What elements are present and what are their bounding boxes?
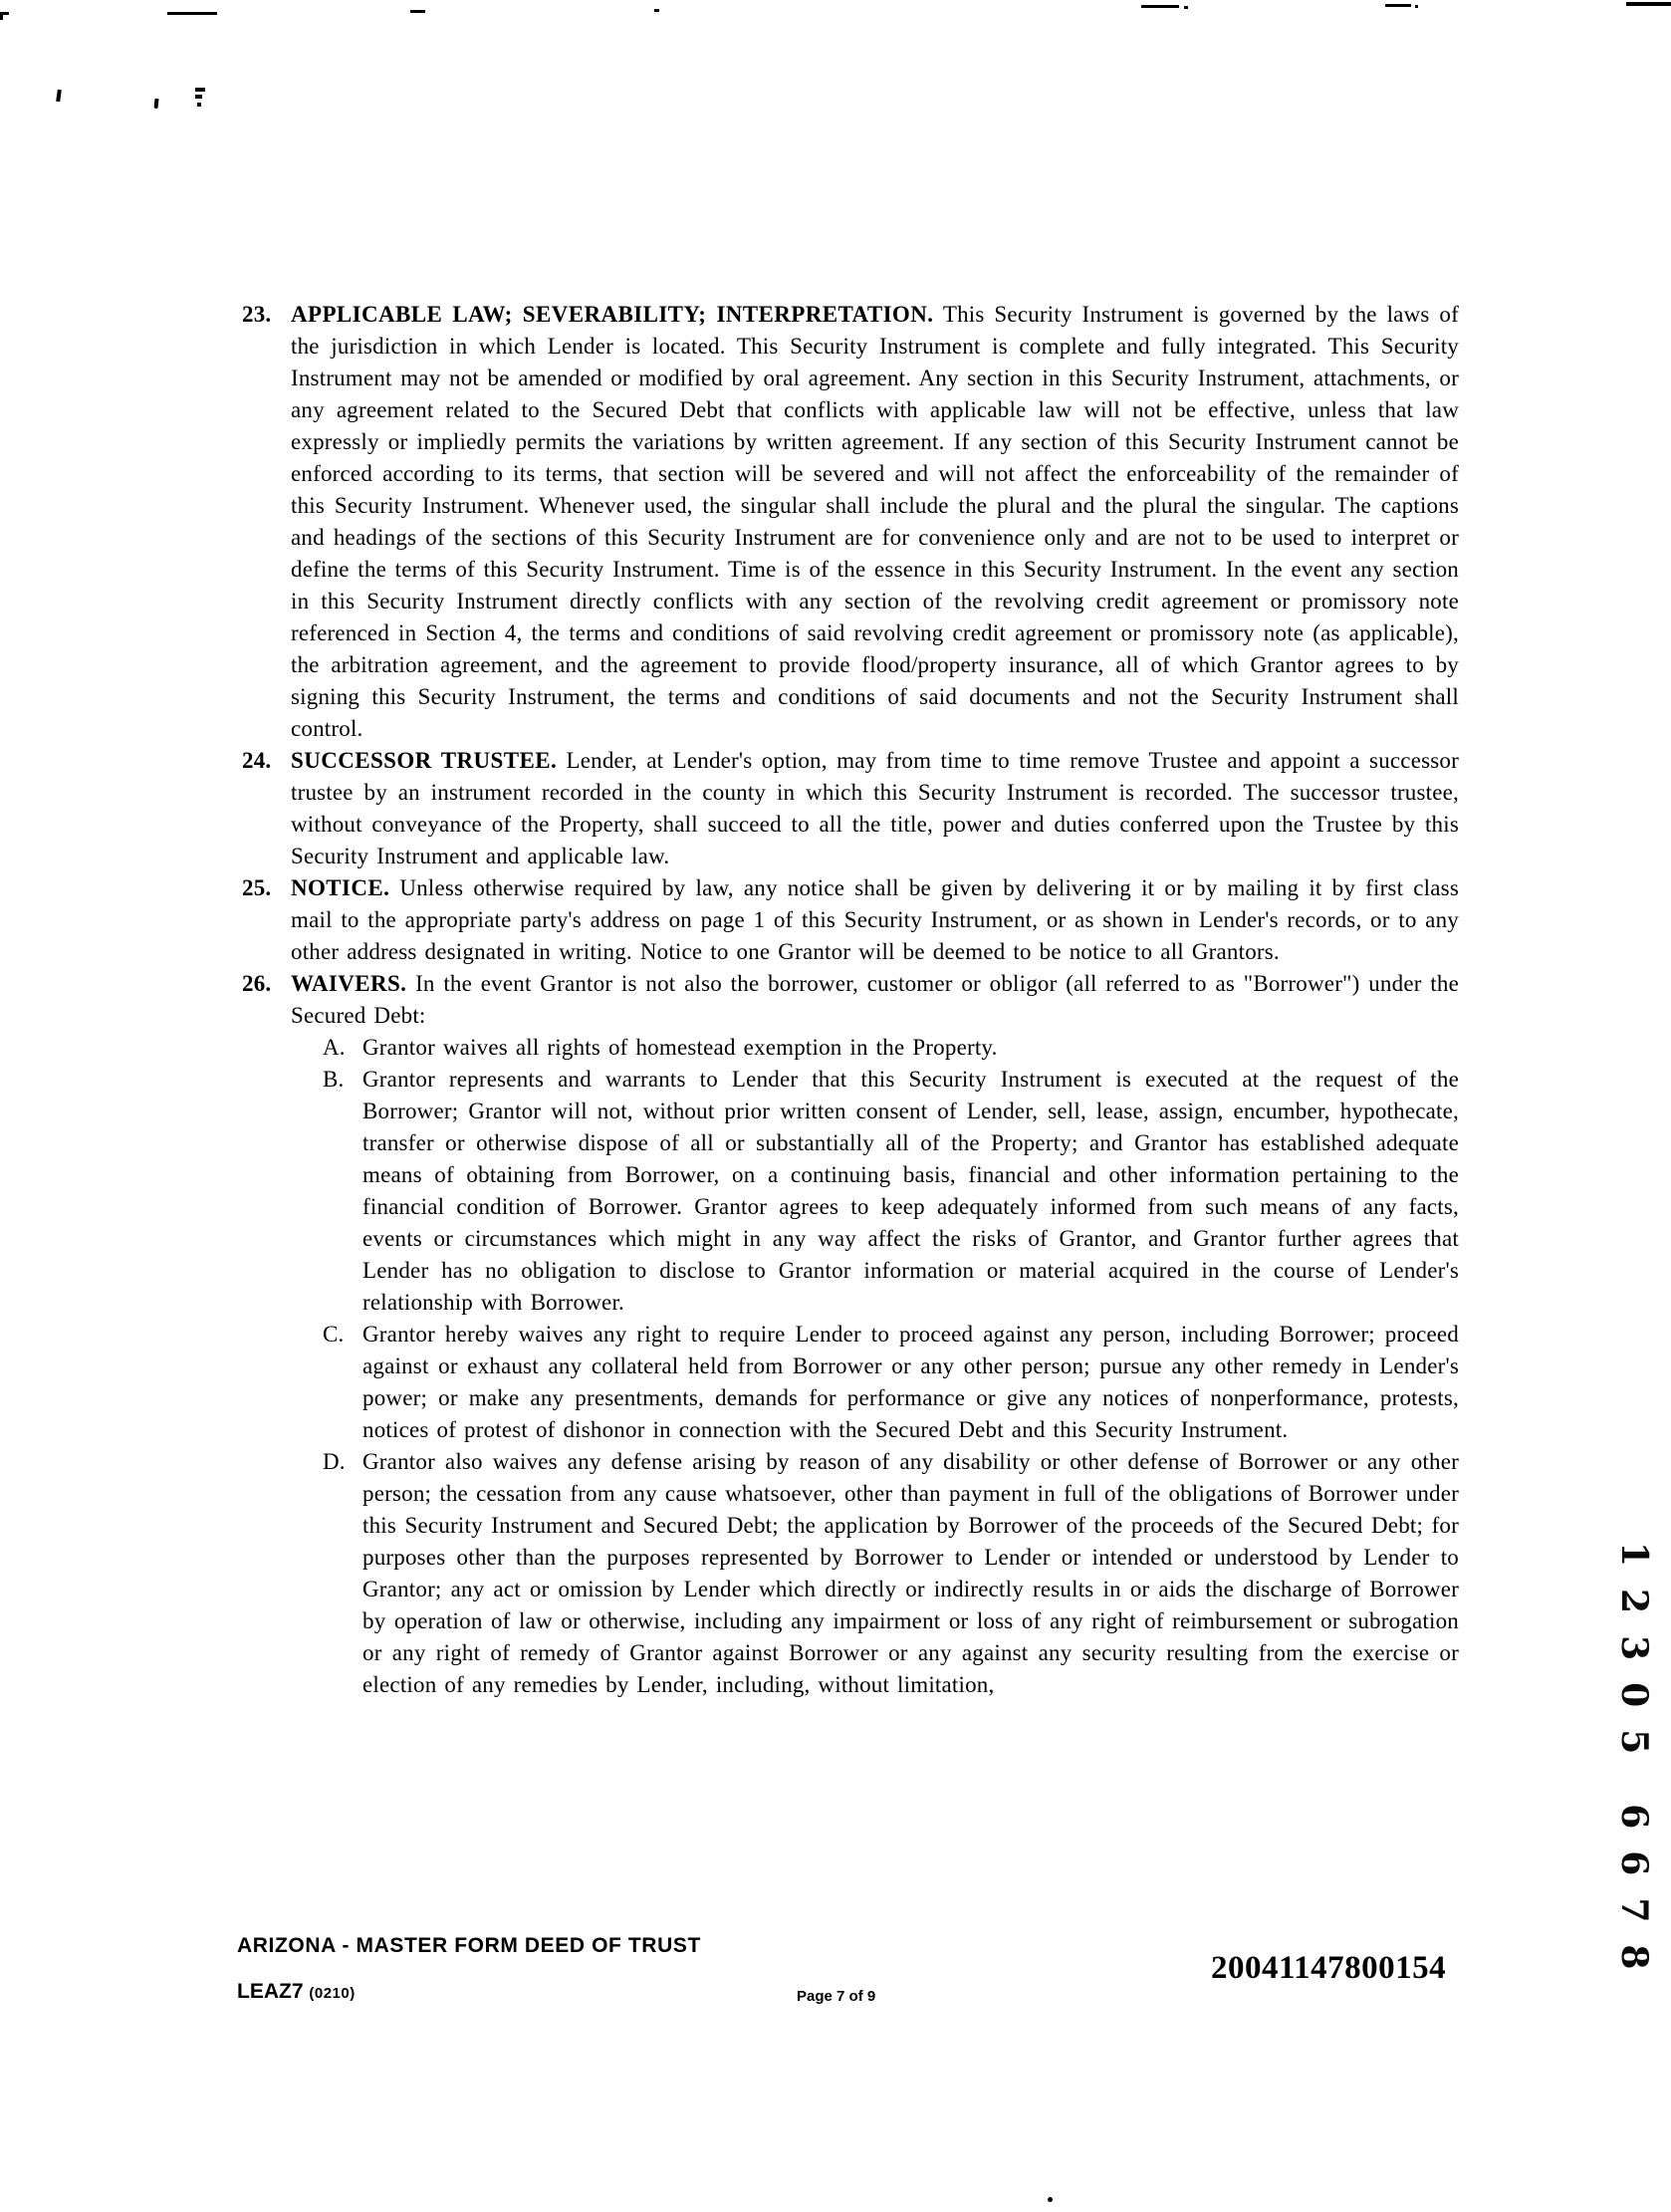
scan-artifact: [167, 12, 217, 15]
section-number: 26.: [242, 968, 291, 1000]
section-25-notice: 25.NOTICE. Unless otherwise required by …: [242, 872, 1459, 968]
subitem-letter: C.: [323, 1319, 362, 1351]
scan-artifact: [654, 9, 659, 12]
scan-artifact: [195, 95, 202, 99]
section-heading: NOTICE.: [291, 875, 389, 900]
section-body: In the event Grantor is not also the bor…: [291, 971, 1459, 1028]
subitem-text: Grantor also waives any defense arising …: [362, 1449, 1459, 1697]
scan-artifact: [1048, 2197, 1053, 2202]
scan-artifact: [1415, 5, 1418, 8]
scan-artifact: [1184, 6, 1188, 9]
scan-artifact: [0, 14, 3, 20]
section-number: 24.: [242, 745, 291, 777]
section-body: Unless otherwise required by law, any no…: [291, 875, 1459, 964]
scan-artifact: [1385, 4, 1411, 7]
subitem-letter: B.: [323, 1064, 362, 1096]
subitem-letter: A.: [323, 1032, 362, 1064]
scan-artifact: [410, 10, 425, 13]
section-26-waivers: 26.WAIVERS. In the event Grantor is not …: [242, 968, 1459, 1701]
scan-artifact: [195, 88, 205, 92]
scan-artifact: [56, 90, 62, 102]
subitem-text: Grantor represents and warrants to Lende…: [362, 1067, 1459, 1315]
section-heading: APPLICABLE LAW; SEVERABILITY; INTERPRETA…: [291, 302, 933, 327]
form-code-revision: (0210): [309, 1985, 355, 2002]
section-24-successor-trustee: 24.SUCCESSOR TRUSTEE. Lender, at Lender'…: [242, 745, 1459, 872]
subitem-d: D.Grantor also waives any defense arisin…: [323, 1446, 1459, 1701]
section-number: 23.: [242, 299, 291, 331]
subitem-text: Grantor waives all rights of homestead e…: [362, 1035, 998, 1060]
form-code-id: LEAZ7: [237, 1980, 304, 2003]
stamp-group-2: 6678: [1613, 1804, 1655, 1991]
scan-artifact: [197, 103, 201, 107]
deed-text-block: 23.APPLICABLE LAW; SEVERABILITY; INTERPR…: [242, 299, 1459, 1701]
subitem-b: B.Grantor represents and warrants to Len…: [323, 1064, 1459, 1319]
section-heading: SUCCESSOR TRUSTEE.: [291, 748, 557, 773]
subitem-c: C.Grantor hereby waives any right to req…: [323, 1319, 1459, 1446]
subitem-a: A.Grantor waives all rights of homestead…: [323, 1032, 1459, 1064]
scan-artifact: [153, 99, 158, 109]
deed-of-trust-page: 23.APPLICABLE LAW; SEVERABILITY; INTERPR…: [0, 0, 1671, 2212]
stamp-group-1: 12305: [1613, 1542, 1655, 1776]
section-number: 25.: [242, 872, 291, 904]
section-heading: WAIVERS.: [291, 971, 406, 996]
recording-number: 20041147800154: [1211, 1950, 1446, 1987]
subitem-letter: D.: [323, 1446, 362, 1478]
page-indicator: Page 7 of 9: [797, 1988, 875, 2005]
form-title: ARIZONA - MASTER FORM DEED OF TRUST: [237, 1934, 701, 1958]
scan-artifact: [1141, 5, 1179, 8]
section-23-applicable-law: 23.APPLICABLE LAW; SEVERABILITY; INTERPR…: [242, 299, 1459, 745]
scan-artifact: [1626, 2, 1671, 6]
margin-stamp-digits: 123056678: [1613, 1542, 1655, 1991]
form-code: LEAZ7 (0210): [237, 1980, 356, 2004]
subitem-text: Grantor hereby waives any right to requi…: [362, 1322, 1459, 1442]
section-body: This Security Instrument is governed by …: [291, 302, 1459, 741]
